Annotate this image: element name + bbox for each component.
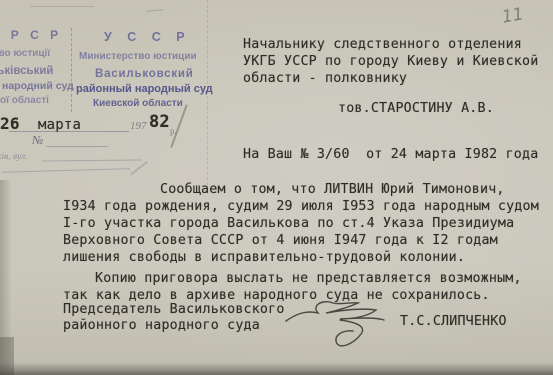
recipient-name: тов.СТАРОСТИНУ А.В. — [338, 101, 494, 116]
stamp-line: ство юстиції — [0, 48, 50, 59]
stamp-line: У С С Р — [104, 30, 191, 44]
fold-line — [207, 0, 208, 185]
stamp-line: Васильковский — [95, 68, 194, 80]
signature-scribble — [283, 293, 408, 355]
body-line: лишения свободы в исправительно-трудовой… — [63, 249, 465, 266]
stamp-line: льківський — [0, 65, 53, 77]
letterhead-rule — [9, 131, 129, 132]
stamp-line: народний суд — [2, 80, 74, 92]
body-line: Сообщаем о том, что ЛИТВИН Юрий Тимонови… — [160, 181, 505, 198]
body-line: Верховного Совета СССР от 4 июня I947 го… — [63, 232, 498, 249]
stamp-line: Министерство юстиции — [79, 51, 197, 62]
signer-title-line: районного народного суда — [63, 318, 260, 333]
stamp-line: районный народный суд — [76, 83, 213, 95]
letterhead-rule — [46, 146, 108, 147]
page-number-annotation: 11 — [500, 4, 525, 27]
letterhead-rule — [2, 168, 130, 173]
number-label: № — [32, 133, 43, 148]
pencil-mark — [130, 161, 148, 176]
scanned-letter-page: 11 У Р С Р ство юстиції льківський народ… — [0, 0, 553, 375]
stamp-border-line — [71, 28, 72, 112]
stamp-line: ної області — [0, 95, 49, 106]
signer-title-line: Председатель Васильковского — [63, 302, 285, 317]
stamp-line: У Р С Р — [0, 28, 62, 42]
scan-edge-shade-bottom — [0, 363, 553, 375]
address-fragment: ків, вул. — [0, 152, 28, 162]
scan-artifact-line — [146, 9, 163, 12]
stamp-line: Киевской области — [93, 98, 183, 109]
recipient-line: области - полковнику — [243, 71, 407, 86]
reference-line: На Ваш № 3/60 от 24 марта I982 года — [243, 147, 538, 162]
body-line: I-го участка города Василькова по ст.4 У… — [63, 215, 514, 232]
date-year-typed: 82 — [149, 112, 170, 132]
body-line: I934 года рождения, судим 29 июля I953 г… — [63, 198, 539, 215]
date-year-printed: 197 — [130, 120, 147, 132]
recipient-line: Начальнику следственного отделения — [243, 37, 522, 52]
recipient-line: УКГБ УССР по городу Киеву и Киевской — [243, 54, 538, 69]
signer-name: Т.С.СЛИПЧЕНКО — [400, 314, 507, 329]
scan-artifact-line — [30, 6, 94, 7]
letterhead-rule — [42, 159, 142, 161]
body-line: Копию приговора выслать не представляетс… — [95, 270, 522, 287]
